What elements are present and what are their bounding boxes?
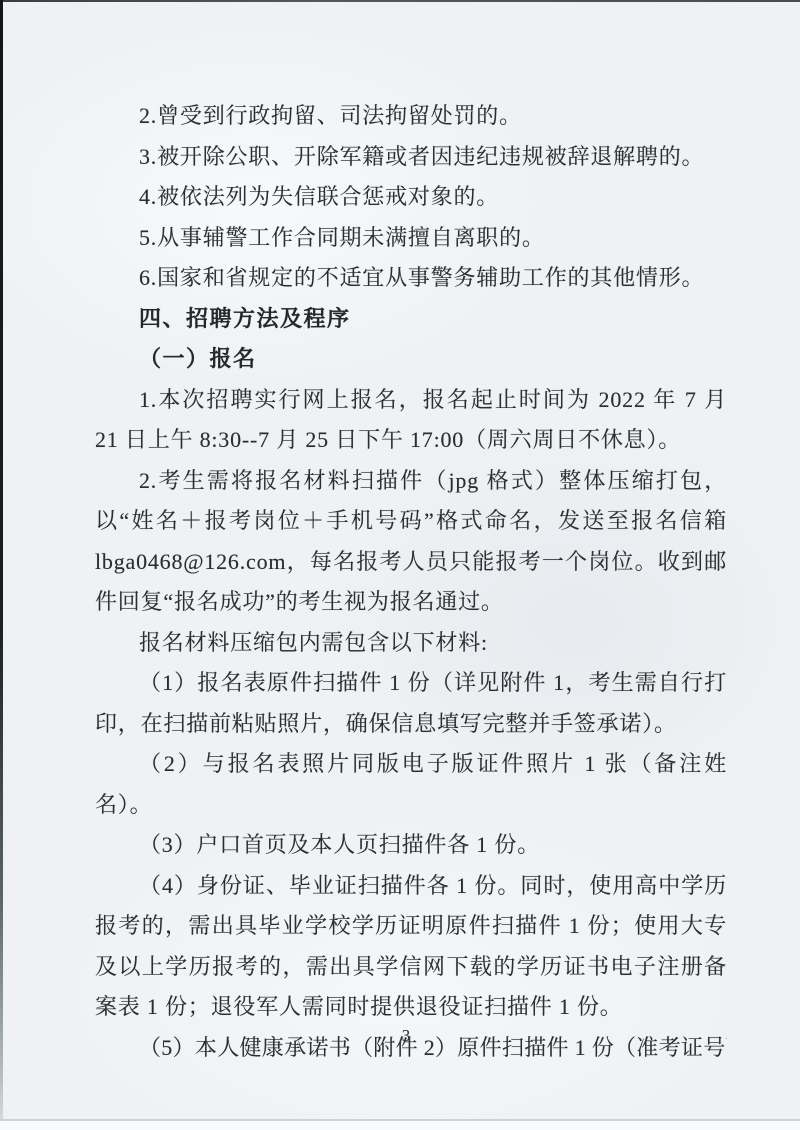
section-heading: 四、招聘方法及程序 — [95, 299, 727, 340]
scan-edge-bottom — [0, 1119, 800, 1130]
scanned-document-screenshot: { "page": { "paper_color": "#eff1f4", "i… — [0, 0, 800, 1130]
document-page: 2.曾受到行政拘留、司法拘留处罚的。 3.被开除公职、开除军籍或者因违纪违规被辞… — [0, 0, 800, 1130]
list-item-4: 4.被依法列为失信联合惩戒对象的。 — [95, 177, 727, 218]
scan-edge-top — [0, 0, 800, 2]
paragraph-material-4: （4）身份证、毕业证扫描件各 1 份。同时，使用高中学历报考的，需出具毕业学校学… — [95, 866, 727, 1028]
list-item-5: 5.从事辅警工作合同期未满擅自离职的。 — [95, 218, 727, 259]
paragraph-material-1: （1）报名表原件扫描件 1 份（详见附件 1，考生需自行打印，在扫描前粘贴照片，… — [95, 663, 727, 744]
page-number: 3 — [0, 1024, 800, 1048]
paragraph-registration-time: 1.本次招聘实行网上报名，报名起止时间为 2022 年 7 月 21 日上午 8… — [95, 380, 727, 461]
paragraph-material-2: （2）与报名表照片同版电子版证件照片 1 张（备注姓名）。 — [95, 744, 727, 825]
list-item-6: 6.国家和省规定的不适宜从事警务辅助工作的其他情形。 — [95, 258, 727, 299]
paragraph-email-submission: 2.考生需将报名材料扫描件（jpg 格式）整体压缩打包，以“姓名＋报考岗位＋手机… — [95, 461, 727, 623]
scan-edge-left — [0, 0, 3, 1130]
document-body: 2.曾受到行政拘留、司法拘留处罚的。 3.被开除公职、开除军籍或者因违纪违规被辞… — [95, 96, 727, 1068]
paragraph-material-3: （3）户口首页及本人页扫描件各 1 份。 — [95, 825, 727, 866]
paragraph-materials-intro: 报名材料压缩包内需包含以下材料: — [95, 623, 727, 664]
list-item-2: 2.曾受到行政拘留、司法拘留处罚的。 — [95, 96, 727, 137]
list-item-3: 3.被开除公职、开除军籍或者因违纪违规被辞退解聘的。 — [95, 137, 727, 178]
subsection-heading: （一）报名 — [95, 339, 727, 380]
